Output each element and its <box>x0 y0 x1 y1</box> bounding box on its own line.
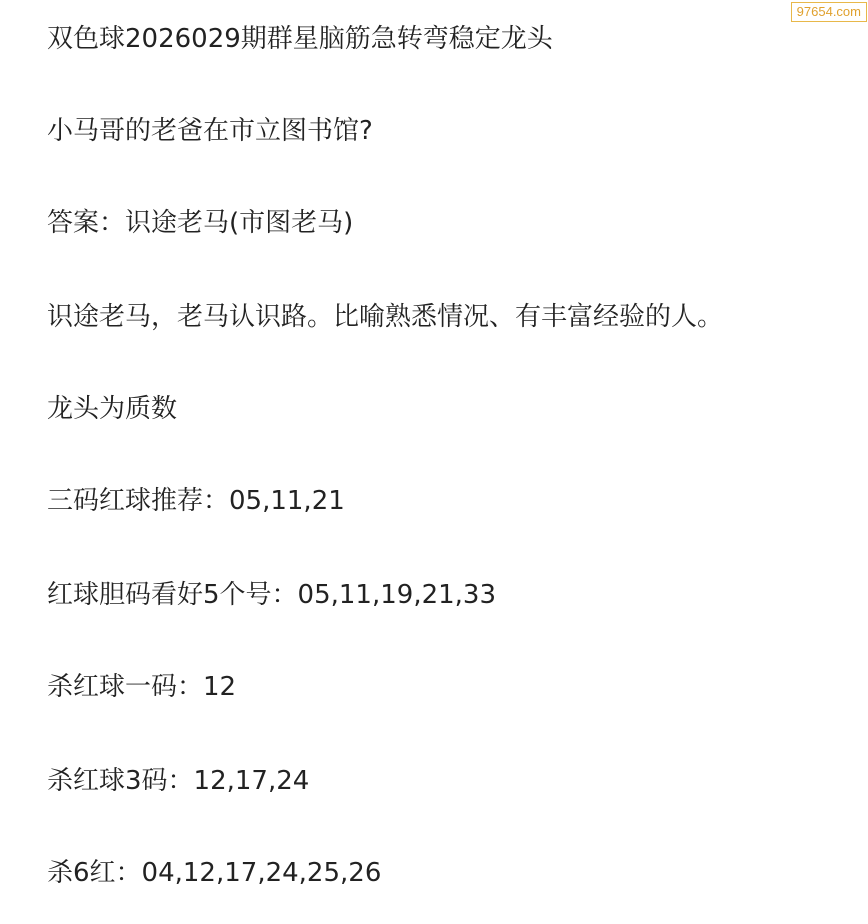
kill-one-red: 杀红球一码：12 <box>47 668 236 706</box>
riddle-answer: 答案：识途老马(市图老马) <box>47 204 353 242</box>
riddle-explanation: 识途老马，老马认识路。比喻熟悉情况、有丰富经验的人。 <box>47 298 723 336</box>
three-red-recommendation: 三码红球推荐：05,11,21 <box>47 482 345 520</box>
watermark-badge: 97654.com <box>791 2 867 22</box>
riddle-question: 小马哥的老爸在市立图书馆? <box>47 112 373 150</box>
kill-six-red: 杀6红：04,12,17,24,25,26 <box>47 854 381 892</box>
kill-three-red: 杀红球3码：12,17,24 <box>47 762 309 800</box>
article-title: 双色球2026029期群星脑筋急转弯稳定龙头 <box>47 20 553 58</box>
five-red-core-numbers: 红球胆码看好5个号：05,11,19,21,33 <box>47 576 496 614</box>
head-number-hint: 龙头为质数 <box>47 390 177 428</box>
